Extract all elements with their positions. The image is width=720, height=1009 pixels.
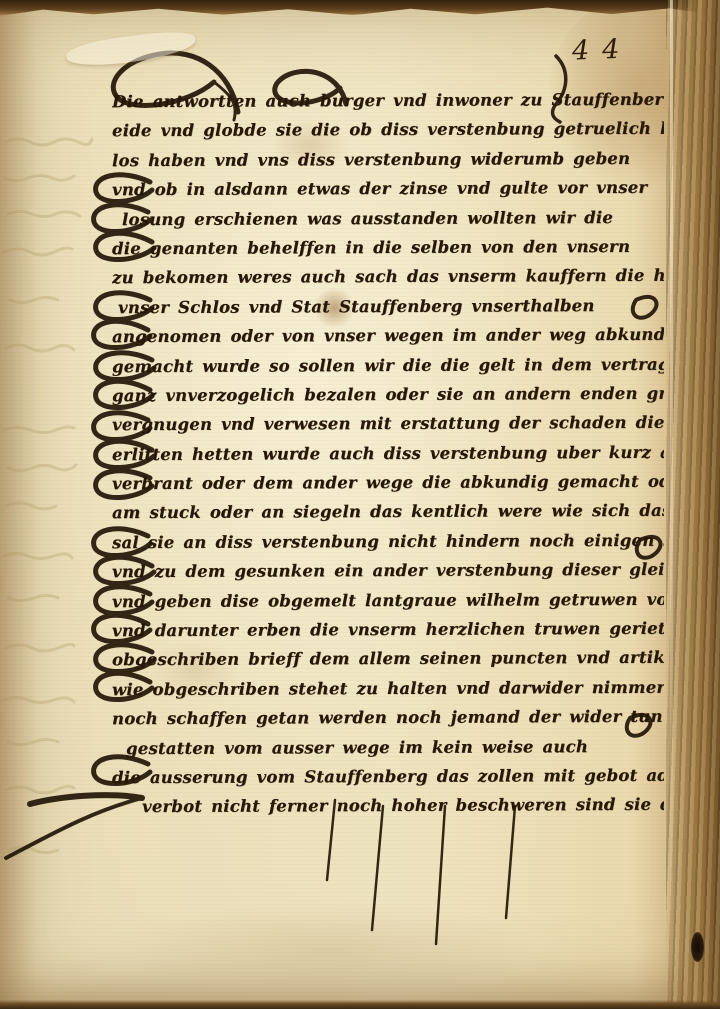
manuscript-line: vnd zu dem gesunken ein ander verstenbun… (112, 555, 664, 587)
manuscript-line: obgeschriben brieff dem allem seinen pun… (112, 643, 664, 675)
manuscript-line: gestatten vom ausser wege im kein weise … (112, 731, 664, 763)
manuscript-line: verbot nicht ferner noch hoher beschwere… (112, 790, 664, 822)
manuscript-line: noch schaffen getan werden noch jemand d… (112, 702, 664, 734)
manuscript-line: angenomen oder von vnser wegen im ander … (112, 320, 664, 352)
manuscript-line: ganz vnverzogelich bezalen oder sie an a… (112, 379, 664, 411)
manuscript-line: Die antwortten auch burger vnd inwoner z… (112, 86, 664, 117)
manuscript-line: am stuck oder an siegeln das kentlich we… (112, 496, 664, 528)
binding-notch-hole (691, 932, 704, 962)
manuscript-line: zu bekomen weres auch sach das vnserm ka… (112, 261, 664, 293)
manuscript-line: vergnugen vnd verwesen mit erstattung de… (112, 408, 664, 440)
manuscript-line: gemacht wurde so sollen wir die die gelt… (112, 349, 664, 381)
manuscript-line: los haben vnd vns diss verstenbung wider… (112, 144, 664, 176)
manuscript-line: die ausserung vom Stauffenberg das zolle… (112, 761, 664, 793)
manuscript-line: eide vnd globde sie die ob diss verstenb… (112, 114, 664, 146)
manuscript-line: wie obgeschriben stehet zu halten vnd da… (112, 673, 664, 705)
manuscript-line: vnd geben dise obgemelt lantgraue wilhel… (112, 584, 664, 616)
manuscript-line: losung erschienen was ausstanden wollten… (112, 202, 664, 234)
binding-edge-right (666, 0, 720, 1009)
manuscript-line: die genanten behelffen in die selben von… (112, 232, 664, 264)
manuscript-line: vnd ob in alsdann etwas der zinse vnd gu… (112, 173, 664, 205)
book-edge-bottom (0, 1000, 720, 1009)
manuscript-line: erlitten hetten wurde auch diss verstenb… (112, 437, 664, 469)
manuscript-line: verbrant oder dem ander wege die abkundi… (112, 467, 664, 499)
manuscript-text-block: Die antwortten auch burger vnd inwoner z… (112, 86, 664, 826)
folio-number: 44 (571, 32, 662, 66)
manuscript-line: vnser Schlos vnd Stat Stauffenberg vnser… (112, 291, 664, 323)
manuscript-page-scan: 44 Die antwortten auch burger vnd inwone… (0, 0, 720, 1009)
manuscript-line: vnd darunter erben die vnserm herzlichen… (112, 614, 664, 646)
manuscript-line: sal sie an diss verstenbung nicht hinder… (112, 526, 664, 558)
